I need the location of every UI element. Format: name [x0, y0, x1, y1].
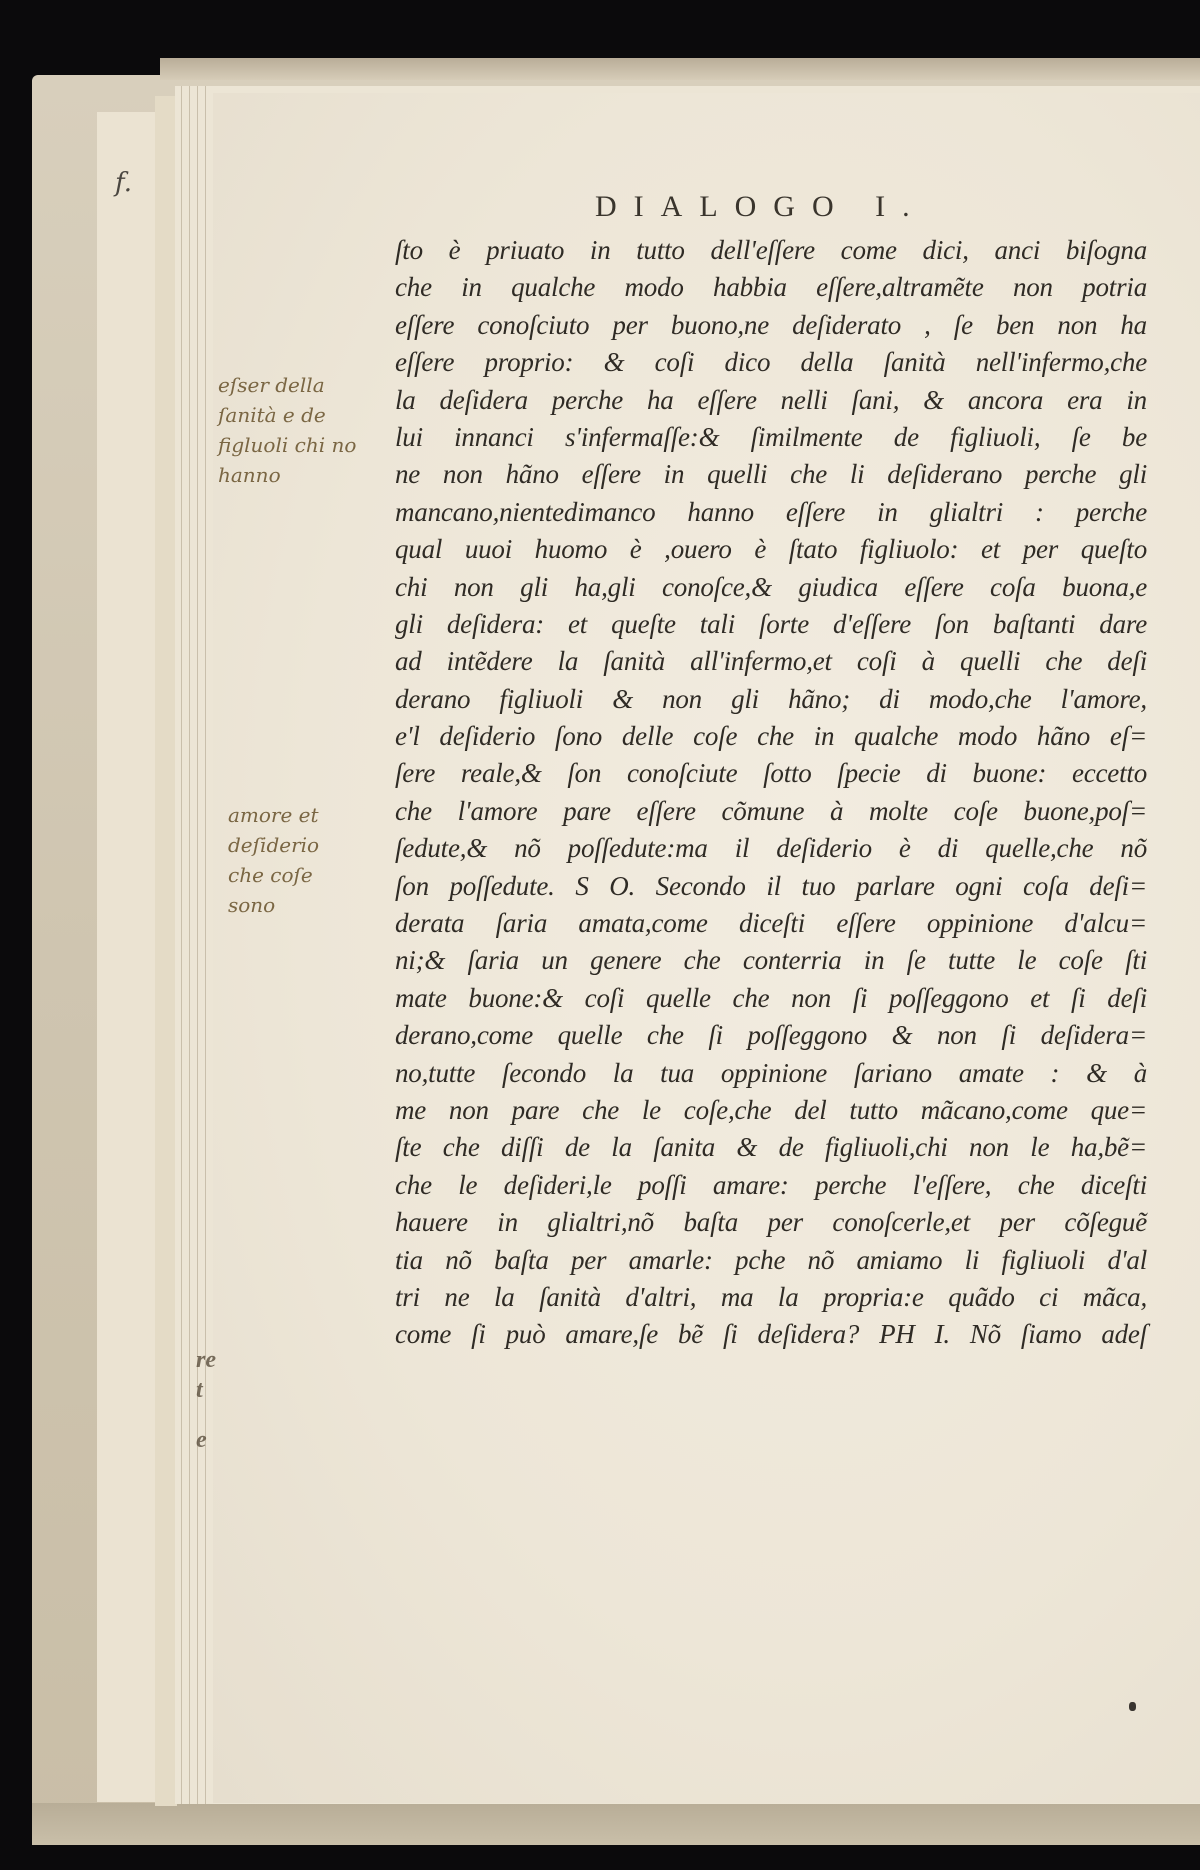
text-line: tia nõ baſta per amarle: pche nõ amiamo … [395, 1242, 1147, 1279]
text-line: che l'amore pare eſſere cõmune à molte c… [395, 793, 1147, 830]
text-line: eſſere conoſciuto per buono,ne deſiderat… [395, 307, 1147, 344]
text-line: e'l deſiderio ſono delle coſe che in qua… [395, 718, 1147, 755]
text-line: gli deſidera: et queſte tali ſorte d'eſſ… [395, 606, 1147, 643]
flyleaf [97, 112, 156, 1802]
text-line: mate buone:& coſi quelle che non ſi poſſ… [395, 980, 1147, 1017]
flyleaf-inner [155, 96, 177, 1806]
text-line: no,tutte ſecondo la tua oppinione ſarian… [395, 1055, 1147, 1092]
text-line: ad intẽdere la ſanità all'infermo,et coſ… [395, 643, 1147, 680]
running-head: DIALOGO I. [595, 190, 935, 224]
text-line: tri ne la ſanità d'altri, ma la propria:… [395, 1279, 1147, 1316]
text-line: derano figliuoli & non gli hãno; di modo… [395, 681, 1147, 718]
text-line: ni;& ſaria un genere che conterria in ſe… [395, 942, 1147, 979]
show-through-text: re t e [196, 1345, 226, 1455]
pencil-shelfmark: f. [115, 168, 132, 198]
text-line: me non pare che le coſe,che del tutto mã… [395, 1092, 1147, 1129]
text-line: chi non gli ha,gli conoſce,& giudica eſſ… [395, 569, 1147, 606]
marginal-note-1: eſser della ſanità e de figluoli chi no … [218, 370, 356, 490]
text-line: hauere in glialtri,nõ baſta per conoſcer… [395, 1204, 1147, 1241]
text-line: eſſere proprio: & coſi dico della ſanità… [395, 344, 1147, 381]
text-line: ne non hãno eſſere in quelli che li deſi… [395, 456, 1147, 493]
cover-top-edge [160, 58, 1200, 80]
text-line: che in qualche modo habbia eſſere,altram… [395, 269, 1147, 306]
ink-spot [1129, 1702, 1136, 1711]
text-line: come ſi può amare,ſe bẽ ſi deſidera? PH … [395, 1316, 1147, 1353]
marginal-note-2: amore et deſiderio che coſe sono [228, 800, 319, 920]
text-line: derano,come quelle che ſi poſſeggono & n… [395, 1017, 1147, 1054]
text-line: ſedute,& nõ poſſedute:ma il deſiderio è … [395, 830, 1147, 867]
text-line: ſte che diſſi de la ſanita & de figliuol… [395, 1129, 1147, 1166]
text-line: ſon poſſedute. S O. Secondo il tuo parla… [395, 868, 1147, 905]
text-line: ſere reale,& ſon conoſciute ſotto ſpecie… [395, 755, 1147, 792]
text-line: ſto è priuato in tutto dell'eſſere come … [395, 232, 1147, 269]
text-line: qual uuoi huomo è ,ouero è ſtato figliuo… [395, 531, 1147, 568]
text-line: derata ſaria amata,come diceſti eſſere o… [395, 905, 1147, 942]
text-line: che le deſideri,le poſſi amare: perche l… [395, 1167, 1147, 1204]
text-line: la deſidera perche ha eſſere nelli ſani,… [395, 382, 1147, 419]
cover-bottom-edge [32, 1803, 1200, 1845]
text-line: lui innanci s'infermaſſe:& ſimilmente de… [395, 419, 1147, 456]
text-line: mancano,nientedimanco hanno eſſere in gl… [395, 494, 1147, 531]
body-text: ſto è priuato in tutto dell'eſſere come … [395, 232, 1147, 1354]
